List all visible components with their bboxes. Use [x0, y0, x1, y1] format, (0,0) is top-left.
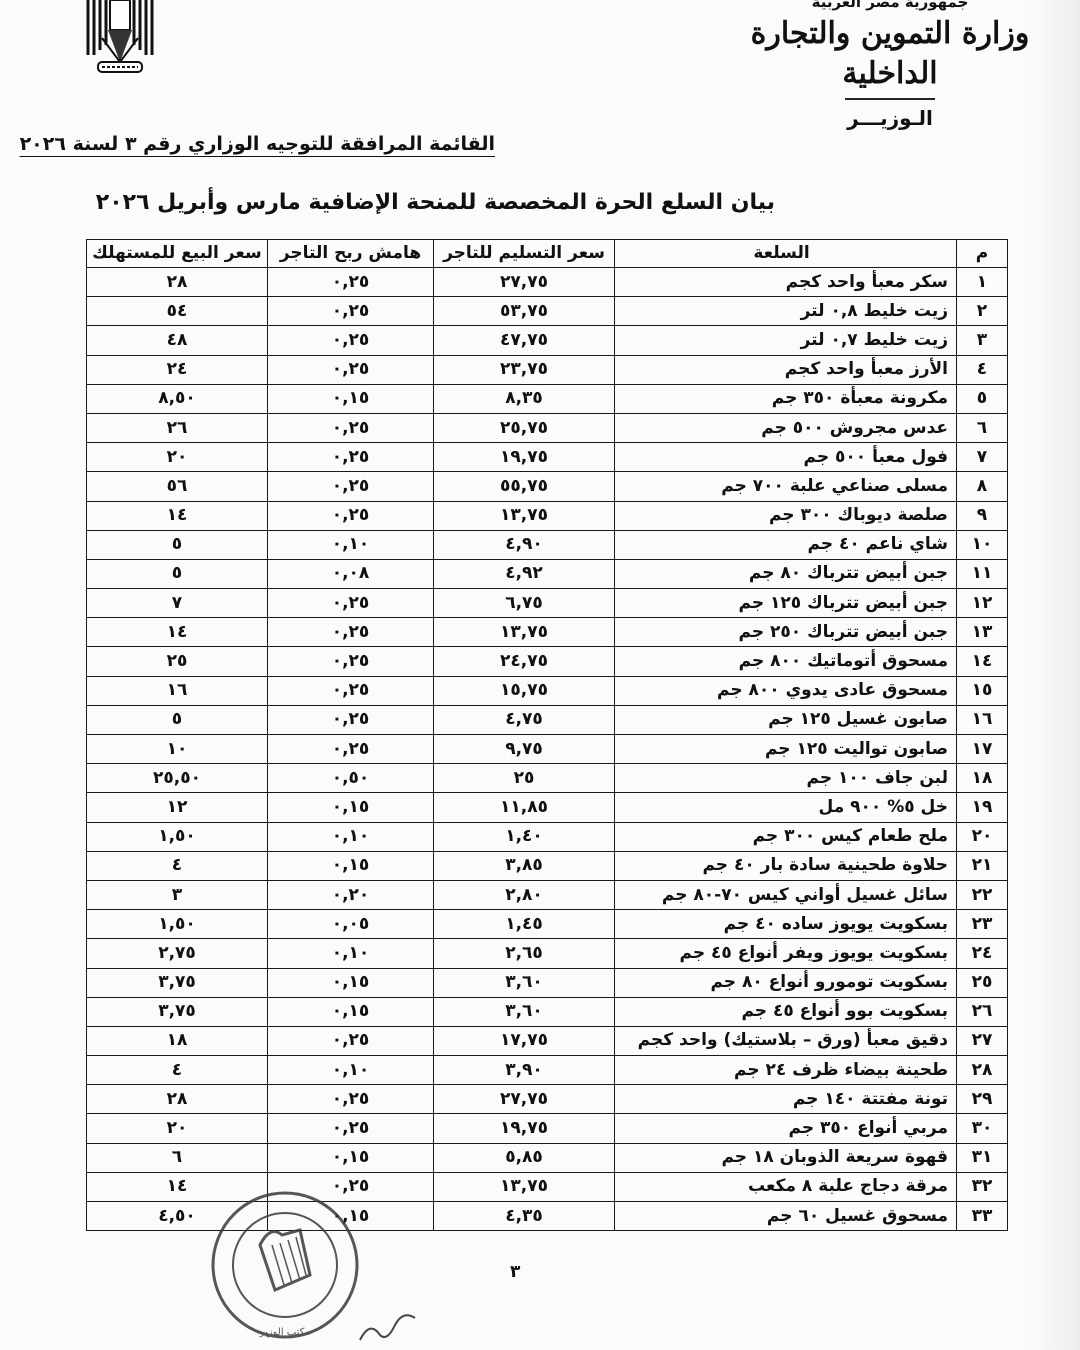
row-number: ٩	[957, 501, 1008, 530]
table-row: ٢زيت خليط ٠,٨ لتر٥٣,٧٥٠,٢٥٥٤	[87, 297, 1008, 326]
dealer-price: ٣,٦٠	[434, 997, 615, 1026]
commodity-name: بسكويت يويوز ويفر أنواع ٤٥ جم	[615, 939, 957, 968]
table-row: ١٠شاي ناعم ٤٠ جم٤,٩٠٠,١٠٥	[87, 530, 1008, 559]
row-number: ١١	[957, 559, 1008, 588]
table-row: ٦عدس مجروش ٥٠٠ جم٢٥,٧٥٠,٢٥٢٦	[87, 413, 1008, 442]
row-number: ٢٢	[957, 880, 1008, 909]
consumer-price: ٢٨	[87, 268, 268, 297]
row-number: ٢٨	[957, 1056, 1008, 1085]
row-number: ١٤	[957, 647, 1008, 676]
table-row: ٣زيت خليط ٠,٧ لتر٤٧,٧٥٠,٢٥٤٨	[87, 326, 1008, 355]
consumer-price: ١٨	[87, 1026, 268, 1055]
consumer-price: ٥	[87, 530, 268, 559]
dealer-price: ٢,٦٥	[434, 939, 615, 968]
dealer-margin: ٠,٢٥	[268, 1114, 434, 1143]
dealer-margin: ٠,٢٥	[268, 735, 434, 764]
commodity-name: دقيق معبأ (ورق – بلاستيك) واحد كجم	[615, 1026, 957, 1055]
commodity-name: صلصة ديوباك ٣٠٠ جم	[615, 501, 957, 530]
commodity-name: زيت خليط ٠,٧ لتر	[615, 326, 957, 355]
consumer-price: ٢٤	[87, 355, 268, 384]
dealer-price: ٢٤,٧٥	[434, 647, 615, 676]
commodity-name: عدس مجروش ٥٠٠ جم	[615, 413, 957, 442]
consumer-price: ٤	[87, 1056, 268, 1085]
row-number: ٣٣	[957, 1202, 1008, 1231]
header-commodity: السلعة	[615, 240, 957, 268]
dealer-margin: ٠,١٠	[268, 530, 434, 559]
dealer-price: ١٧,٧٥	[434, 1026, 615, 1055]
row-number: ٥	[957, 384, 1008, 413]
table-row: ٤الأرز معبأ واحد كجم٢٣,٧٥٠,٢٥٢٤	[87, 355, 1008, 384]
row-number: ٢٧	[957, 1026, 1008, 1055]
commodity-name: بسكويت يويوز ساده ٤٠ جم	[615, 910, 957, 939]
consumer-price: ٨,٥٠	[87, 384, 268, 413]
consumer-price: ٤٨	[87, 326, 268, 355]
row-number: ١٣	[957, 618, 1008, 647]
dealer-price: ٢٣,٧٥	[434, 355, 615, 384]
row-number: ١٦	[957, 705, 1008, 734]
dealer-price: ٤٧,٧٥	[434, 326, 615, 355]
row-number: ٢٣	[957, 910, 1008, 939]
dealer-price: ٢٧,٧٥	[434, 268, 615, 297]
header-divider	[845, 98, 935, 100]
row-number: ١٠	[957, 530, 1008, 559]
dealer-margin: ٠,١٠	[268, 822, 434, 851]
dealer-margin: ٠,٢٥	[268, 1085, 434, 1114]
commodity-name: شاي ناعم ٤٠ جم	[615, 530, 957, 559]
commodity-name: ملح طعام كيس ٣٠٠ جم	[615, 822, 957, 851]
dealer-margin: ٠,٥٠	[268, 764, 434, 793]
commodity-name: تونة مفتتة ١٤٠ جم	[615, 1085, 957, 1114]
dealer-price: ٢٥,٧٥	[434, 413, 615, 442]
table-row: ١٢جبن أبيض تترباك ١٢٥ جم٦,٧٥٠,٢٥٧	[87, 589, 1008, 618]
row-number: ١٥	[957, 676, 1008, 705]
table-row: ٧فول معبأ ٥٠٠ جم١٩,٧٥٠,٢٥٢٠	[87, 443, 1008, 472]
dealer-margin: ٠,١٠	[268, 1056, 434, 1085]
consumer-price: ٥٤	[87, 297, 268, 326]
commodity-name: مسلى صناعي علبة ٧٠٠ جم	[615, 472, 957, 501]
commodity-name: بسكويت تومورو أنواع ٨٠ جم	[615, 968, 957, 997]
dealer-margin: ٠,٢٥	[268, 472, 434, 501]
row-number: ٢٤	[957, 939, 1008, 968]
table-row: ٣١قهوة سريعة الذوبان ١٨ جم٥,٨٥٠,١٥٦	[87, 1143, 1008, 1172]
dealer-price: ٦,٧٥	[434, 589, 615, 618]
consumer-price: ١٢	[87, 793, 268, 822]
table-row: ٢٠ملح طعام كيس ٣٠٠ جم١,٤٠٠,١٠١,٥٠	[87, 822, 1008, 851]
table-row: ١١جبن أبيض تترباك ٨٠ جم٤,٩٢٠,٠٨٥	[87, 559, 1008, 588]
row-number: ٣٠	[957, 1114, 1008, 1143]
signature-mark	[355, 1300, 425, 1345]
consumer-price: ٧	[87, 589, 268, 618]
consumer-price: ٢,٧٥	[87, 939, 268, 968]
table-row: ١٥مسحوق عادى يدوي ٨٠٠ جم١٥,٧٥٠,٢٥١٦	[87, 676, 1008, 705]
table-row: ٢٨طحينة بيضاء ظرف ٢٤ جم٣,٩٠٠,١٠٤	[87, 1056, 1008, 1085]
page-number: ٣	[510, 1262, 520, 1282]
commodity-name: جبن أبيض تترباك ٢٥٠ جم	[615, 618, 957, 647]
dealer-price: ٣,٦٠	[434, 968, 615, 997]
dealer-margin: ٠,٢٥	[268, 501, 434, 530]
commodity-name: سائل غسيل أواني كيس ٧٠-٨٠ جم	[615, 880, 957, 909]
dealer-price: ١٣,٧٥	[434, 618, 615, 647]
consumer-price: ٢٥	[87, 647, 268, 676]
dealer-price: ١٩,٧٥	[434, 1114, 615, 1143]
dealer-margin: ٠,٢٥	[268, 297, 434, 326]
table-row: ٢٦بسكويت بوو أنواع ٤٥ جم٣,٦٠٠,١٥٣,٧٥	[87, 997, 1008, 1026]
table-row: ٢٩تونة مفتتة ١٤٠ جم٢٧,٧٥٠,٢٥٢٨	[87, 1085, 1008, 1114]
official-seal-icon: مكتب الوزير	[200, 1185, 370, 1345]
consumer-price: ٢٦	[87, 413, 268, 442]
row-number: ٣٢	[957, 1172, 1008, 1201]
attached-list-title: القائمة المرافقة للتوجيه الوزاري رقم ٣ ل…	[20, 133, 495, 155]
commodity-name: مسحوق غسيل ٦٠ جم	[615, 1202, 957, 1231]
republic-name: جمهورية مصر العربية	[740, 0, 1040, 10]
consumer-price: ٣,٧٥	[87, 997, 268, 1026]
header-dealer-price: سعر التسليم للتاجر	[434, 240, 615, 268]
commodity-name: صابون تواليت ١٢٥ جم	[615, 735, 957, 764]
commodity-name: مربي أنواع ٣٥٠ جم	[615, 1114, 957, 1143]
commodity-name: قهوة سريعة الذوبان ١٨ جم	[615, 1143, 957, 1172]
consumer-price: ١٤	[87, 501, 268, 530]
dealer-price: ٩,٧٥	[434, 735, 615, 764]
commodity-price-table: م السلعة سعر التسليم للتاجر هامش ربح الت…	[86, 239, 1008, 1231]
dealer-price: ٥٥,٧٥	[434, 472, 615, 501]
row-number: ٢٠	[957, 822, 1008, 851]
table-row: ٢٢سائل غسيل أواني كيس ٧٠-٨٠ جم٢,٨٠٠,٢٠٣	[87, 880, 1008, 909]
dealer-price: ١٣,٧٥	[434, 1172, 615, 1201]
table-row: ٢٣بسكويت يويوز ساده ٤٠ جم١,٤٥٠,٠٥١,٥٠	[87, 910, 1008, 939]
consumer-price: ١,٥٠	[87, 822, 268, 851]
commodity-name: جبن أبيض تترباك ٨٠ جم	[615, 559, 957, 588]
row-number: ٢٦	[957, 997, 1008, 1026]
dealer-margin: ٠,٢٥	[268, 443, 434, 472]
dealer-margin: ٠,١٥	[268, 997, 434, 1026]
table-row: ١سكر معبأ واحد كجم٢٧,٧٥٠,٢٥٢٨	[87, 268, 1008, 297]
page-edge-shadow	[1020, 0, 1080, 1350]
commodity-name: مسحوق عادى يدوي ٨٠٠ جم	[615, 676, 957, 705]
table-header-row: م السلعة سعر التسليم للتاجر هامش ربح الت…	[87, 240, 1008, 268]
dealer-price: ١٩,٧٥	[434, 443, 615, 472]
dealer-margin: ٠,١٥	[268, 851, 434, 880]
commodity-name: سكر معبأ واحد كجم	[615, 268, 957, 297]
dealer-price: ٤,٩٢	[434, 559, 615, 588]
dealer-price: ٤,٧٥	[434, 705, 615, 734]
row-number: ٦	[957, 413, 1008, 442]
dealer-price: ٣,٨٥	[434, 851, 615, 880]
table-row: ٩صلصة ديوباك ٣٠٠ جم١٣,٧٥٠,٢٥١٤	[87, 501, 1008, 530]
row-number: ١٩	[957, 793, 1008, 822]
row-number: ٧	[957, 443, 1008, 472]
dealer-price: ١,٤٠	[434, 822, 615, 851]
table-row: ٢٧دقيق معبأ (ورق – بلاستيك) واحد كجم١٧,٧…	[87, 1026, 1008, 1055]
commodity-name: الأرز معبأ واحد كجم	[615, 355, 957, 384]
header-dealer-margin: هامش ربح التاجر	[268, 240, 434, 268]
row-number: ٤	[957, 355, 1008, 384]
row-number: ١٧	[957, 735, 1008, 764]
commodity-name: خل ٥% ٩٠٠ مل	[615, 793, 957, 822]
commodity-name: مكرونة معبأة ٣٥٠ جم	[615, 384, 957, 413]
table-row: ٢٥بسكويت تومورو أنواع ٨٠ جم٣,٦٠٠,١٥٣,٧٥	[87, 968, 1008, 997]
eagle-emblem-icon	[80, 0, 160, 78]
consumer-price: ١٤	[87, 618, 268, 647]
table-row: ١٣جبن أبيض تترباك ٢٥٠ جم١٣,٧٥٠,٢٥١٤	[87, 618, 1008, 647]
consumer-price: ١٠	[87, 735, 268, 764]
table-row: ١٩خل ٥% ٩٠٠ مل١١,٨٥٠,١٥١٢	[87, 793, 1008, 822]
dealer-margin: ٠,١٥	[268, 968, 434, 997]
dealer-margin: ٠,٢٥	[268, 589, 434, 618]
table-row: ١٦صابون غسيل ١٢٥ جم٤,٧٥٠,٢٥٥	[87, 705, 1008, 734]
commodity-name: طحينة بيضاء ظرف ٢٤ جم	[615, 1056, 957, 1085]
commodity-name: مرقة دجاج علبة ٨ مكعب	[615, 1172, 957, 1201]
consumer-price: ٥	[87, 559, 268, 588]
dealer-price: ٤,٣٥	[434, 1202, 615, 1231]
commodity-name: فول معبأ ٥٠٠ جم	[615, 443, 957, 472]
dealer-price: ٨,٣٥	[434, 384, 615, 413]
header-no: م	[957, 240, 1008, 268]
commodity-name: حلاوة طحينية سادة بار ٤٠ جم	[615, 851, 957, 880]
dealer-margin: ٠,٠٥	[268, 910, 434, 939]
minister-office: الـوزيـــر	[740, 106, 1040, 130]
dealer-margin: ٠,١٥	[268, 384, 434, 413]
table-row: ٣٠مربي أنواع ٣٥٠ جم١٩,٧٥٠,٢٥٢٠	[87, 1114, 1008, 1143]
consumer-price: ٥	[87, 705, 268, 734]
dealer-margin: ٠,١٥	[268, 1143, 434, 1172]
row-number: ٢٥	[957, 968, 1008, 997]
dealer-price: ١,٤٥	[434, 910, 615, 939]
consumer-price: ٢٠	[87, 1114, 268, 1143]
row-number: ٣١	[957, 1143, 1008, 1172]
dealer-price: ٢,٨٠	[434, 880, 615, 909]
header-consumer-price: سعر البيع للمستهلك	[87, 240, 268, 268]
consumer-price: ٥٦	[87, 472, 268, 501]
dealer-price: ٢٧,٧٥	[434, 1085, 615, 1114]
row-number: ٣	[957, 326, 1008, 355]
table-row: ٢١حلاوة طحينية سادة بار ٤٠ جم٣,٨٥٠,١٥٤	[87, 851, 1008, 880]
table-body: ١سكر معبأ واحد كجم٢٧,٧٥٠,٢٥٢٨٢زيت خليط ٠…	[87, 268, 1008, 1231]
table-row: ٨مسلى صناعي علبة ٧٠٠ جم٥٥,٧٥٠,٢٥٥٦	[87, 472, 1008, 501]
dealer-price: ٢٥	[434, 764, 615, 793]
dealer-price: ١٣,٧٥	[434, 501, 615, 530]
table-row: ١٨لبن جاف ١٠٠ جم٢٥٠,٥٠٢٥,٥٠	[87, 764, 1008, 793]
dealer-margin: ٠,٢٥	[268, 326, 434, 355]
row-number: ٢	[957, 297, 1008, 326]
consumer-price: ٢٠	[87, 443, 268, 472]
dealer-price: ٥٣,٧٥	[434, 297, 615, 326]
ministry-letterhead: جمهورية مصر العربية وزارة التموين والتجا…	[740, 0, 1040, 130]
dealer-margin: ٠,١٥	[268, 793, 434, 822]
consumer-price: ٦	[87, 1143, 268, 1172]
row-number: ١٨	[957, 764, 1008, 793]
dealer-price: ٣,٩٠	[434, 1056, 615, 1085]
consumer-price: ١٦	[87, 676, 268, 705]
dealer-margin: ٠,٢٥	[268, 676, 434, 705]
consumer-price: ٢٥,٥٠	[87, 764, 268, 793]
commodity-name: زيت خليط ٠,٨ لتر	[615, 297, 957, 326]
dealer-margin: ٠,٢٥	[268, 413, 434, 442]
seal-office-text: مكتب الوزير	[258, 1327, 310, 1338]
table-row: ١٤مسحوق أتوماتيك ٨٠٠ جم٢٤,٧٥٠,٢٥٢٥	[87, 647, 1008, 676]
row-number: ٢١	[957, 851, 1008, 880]
commodity-name: جبن أبيض تترباك ١٢٥ جم	[615, 589, 957, 618]
dealer-margin: ٠,٢٥	[268, 705, 434, 734]
dealer-margin: ٠,٢٥	[268, 268, 434, 297]
ministry-name: وزارة التموين والتجارة الداخلية	[740, 14, 1040, 94]
dealer-price: ١١,٨٥	[434, 793, 615, 822]
row-number: ١٢	[957, 589, 1008, 618]
row-number: ١	[957, 268, 1008, 297]
dealer-price: ١٥,٧٥	[434, 676, 615, 705]
table-row: ٢٤بسكويت يويوز ويفر أنواع ٤٥ جم٢,٦٥٠,١٠٢…	[87, 939, 1008, 968]
table-row: ١٧صابون تواليت ١٢٥ جم٩,٧٥٠,٢٥١٠	[87, 735, 1008, 764]
consumer-price: ٢٨	[87, 1085, 268, 1114]
dealer-margin: ٠,٢٥	[268, 355, 434, 384]
commodity-name: بسكويت بوو أنواع ٤٥ جم	[615, 997, 957, 1026]
commodity-name: مسحوق أتوماتيك ٨٠٠ جم	[615, 647, 957, 676]
consumer-price: ٣,٧٥	[87, 968, 268, 997]
dealer-price: ٤,٩٠	[434, 530, 615, 559]
consumer-price: ١,٥٠	[87, 910, 268, 939]
consumer-price: ٣	[87, 880, 268, 909]
dealer-margin: ٠,٢٠	[268, 880, 434, 909]
dealer-margin: ٠,٢٥	[268, 647, 434, 676]
dealer-margin: ٠,٠٨	[268, 559, 434, 588]
commodity-name: صابون غسيل ١٢٥ جم	[615, 705, 957, 734]
statement-title: بيان السلع الحرة المخصصة للمنحة الإضافية…	[96, 190, 775, 215]
commodity-name: لبن جاف ١٠٠ جم	[615, 764, 957, 793]
consumer-price: ٤	[87, 851, 268, 880]
dealer-margin: ٠,٢٥	[268, 1026, 434, 1055]
dealer-margin: ٠,٢٥	[268, 618, 434, 647]
row-number: ٢٩	[957, 1085, 1008, 1114]
dealer-margin: ٠,١٠	[268, 939, 434, 968]
table-row: ٥مكرونة معبأة ٣٥٠ جم٨,٣٥٠,١٥٨,٥٠	[87, 384, 1008, 413]
row-number: ٨	[957, 472, 1008, 501]
dealer-price: ٥,٨٥	[434, 1143, 615, 1172]
